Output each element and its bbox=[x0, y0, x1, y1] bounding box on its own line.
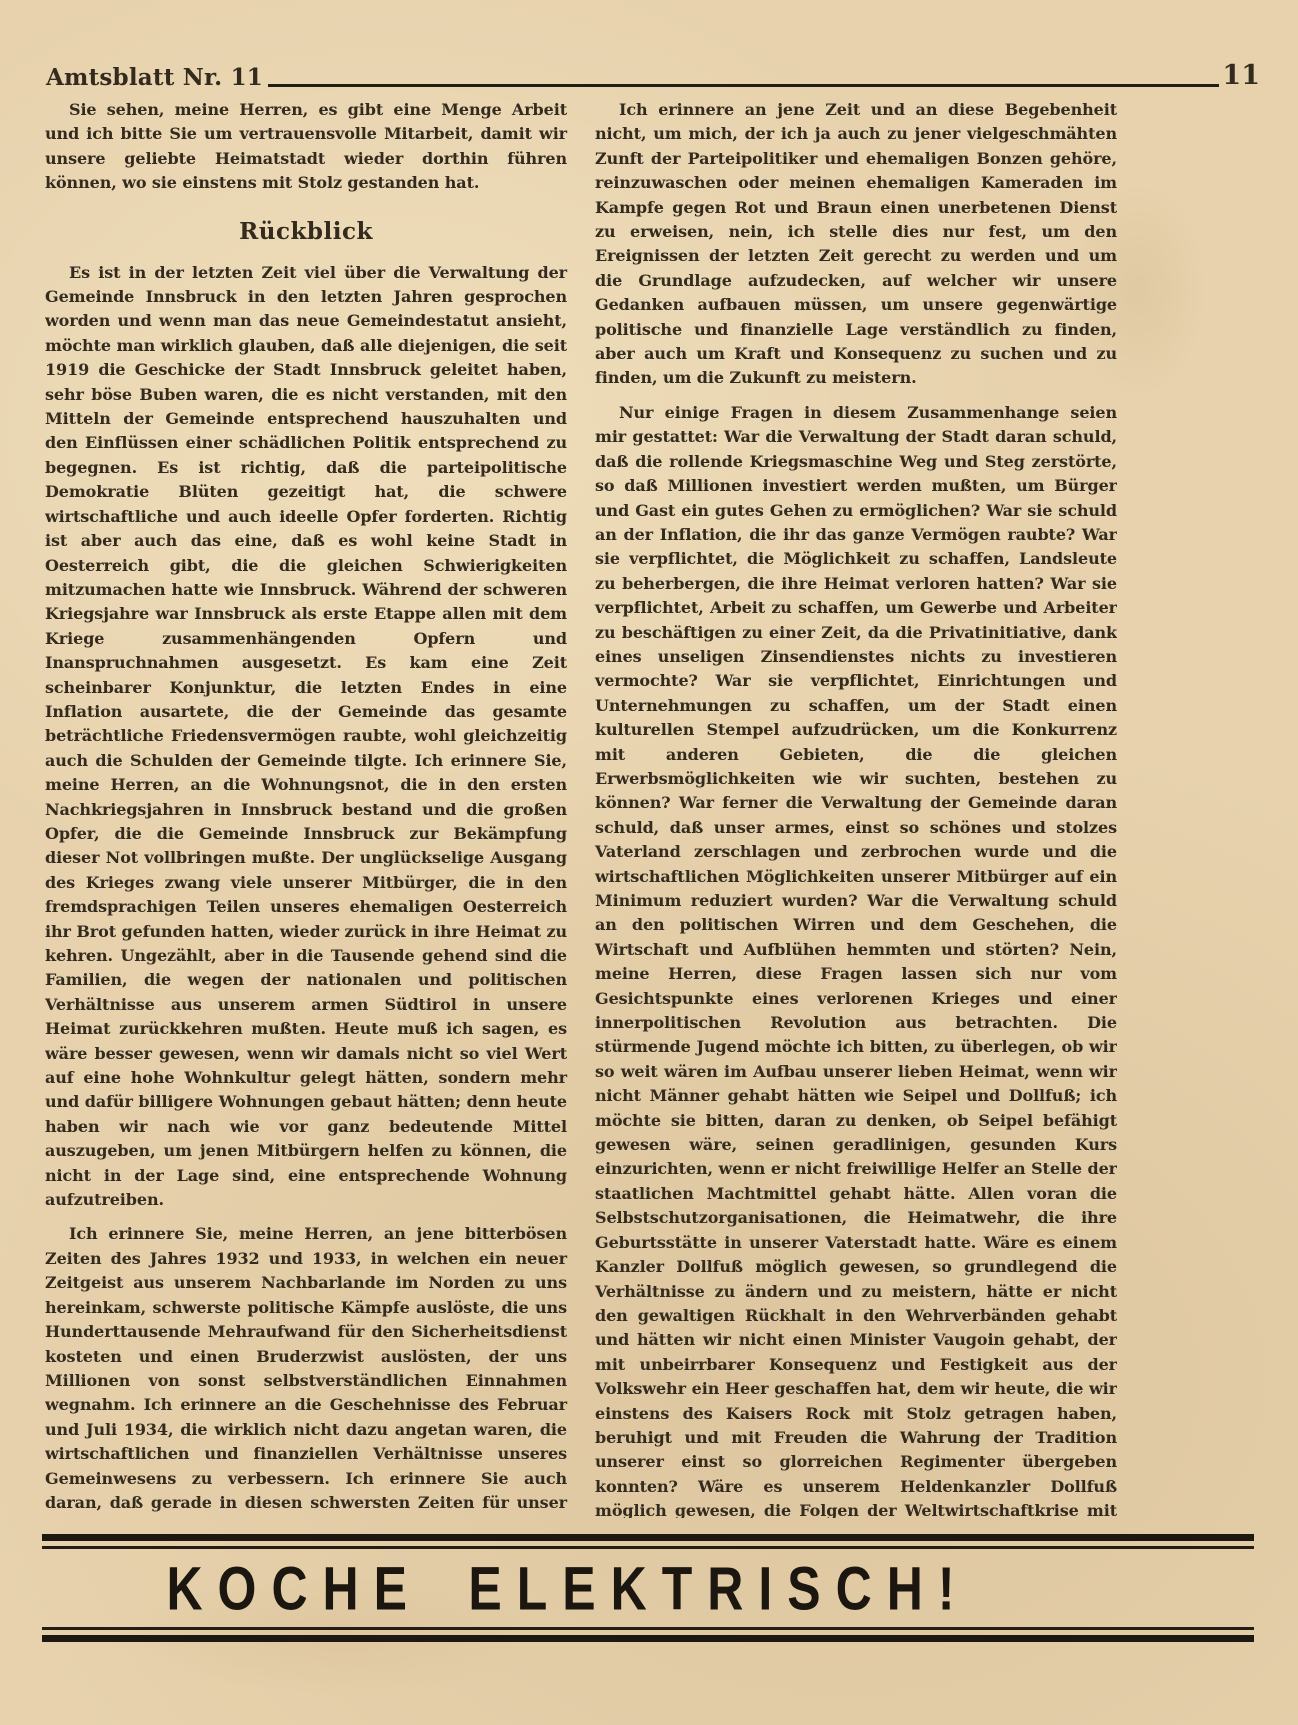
intro-paragraph: Sie sehen, meine Herren, es gibt eine Me… bbox=[45, 98, 567, 196]
advertisement-banner: KOCHE ELEKTRISCH! bbox=[42, 1534, 1254, 1642]
body-paragraph: Nur einige Fragen in diesem Zusammenhang… bbox=[595, 401, 1117, 1518]
advert-rule-top-thick bbox=[42, 1534, 1254, 1541]
right-column: Ich erinnere an jene Zeit und an diese B… bbox=[595, 98, 1117, 1518]
body-paragraph: Ich erinnere an jene Zeit und an diese B… bbox=[595, 98, 1117, 391]
advert-slogan-row: KOCHE ELEKTRISCH! bbox=[42, 1549, 1254, 1627]
document-page: Amtsblatt Nr. 11 11 Sie sehen, meine Her… bbox=[0, 0, 1298, 1725]
page-number: 11 bbox=[1222, 60, 1260, 91]
body-paragraph: Es ist in der letzten Zeit viel über die… bbox=[45, 261, 567, 1213]
body-paragraph: Ich erinnere Sie, meine Herren, an jene … bbox=[45, 1222, 567, 1518]
text-columns: Sie sehen, meine Herren, es gibt eine Me… bbox=[45, 98, 1117, 1518]
advert-rule-bottom-thick bbox=[42, 1635, 1254, 1642]
left-column: Sie sehen, meine Herren, es gibt eine Me… bbox=[45, 98, 567, 1518]
advert-slogan: KOCHE ELEKTRISCH! bbox=[166, 1554, 1129, 1625]
page-header: Amtsblatt Nr. 11 11 bbox=[46, 60, 1260, 91]
header-rule bbox=[268, 84, 1219, 87]
section-heading: Rückblick bbox=[45, 218, 567, 245]
masthead-title: Amtsblatt Nr. 11 bbox=[46, 64, 263, 91]
